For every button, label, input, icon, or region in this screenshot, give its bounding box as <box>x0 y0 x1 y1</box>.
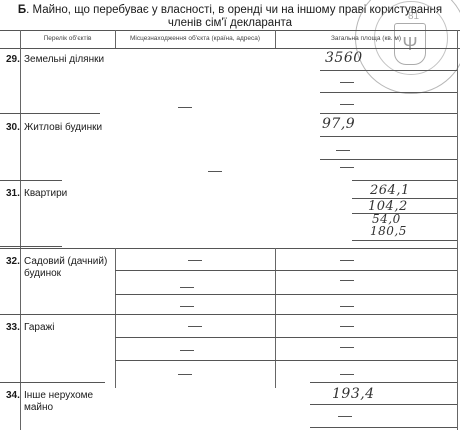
row-29-area-1: 3560 <box>325 50 363 66</box>
row-31-area-4: 180,5 <box>370 224 407 238</box>
area-col-border <box>275 248 276 388</box>
row-31-divider-3 <box>352 240 457 241</box>
row-32-area-3 <box>340 306 354 307</box>
row-33-location-3 <box>178 374 192 375</box>
location-col-border <box>115 248 116 388</box>
row-34-number: 34. <box>6 390 20 401</box>
row-29-divider-1 <box>320 70 457 71</box>
row-30-label: Житлові будинки <box>24 122 109 134</box>
row-31-bottom <box>0 246 62 247</box>
row-30-area-1: 97,9 <box>322 116 355 132</box>
section-title-line2: членів сім'ї декларанта <box>168 17 292 29</box>
row-32-location-3 <box>180 306 194 307</box>
row-34-label: Інше нерухоме майно <box>24 390 109 414</box>
row-29-bottom <box>0 113 100 114</box>
row-33-divider-1 <box>115 337 457 338</box>
row-29-bottom-area <box>320 113 457 114</box>
row-31-label: Квартири <box>24 188 109 200</box>
row-30-bottom-area <box>352 180 457 181</box>
row-32-bottom <box>0 314 457 315</box>
row-33-location-2 <box>180 350 194 351</box>
header-location: Місцезнаходження об'єкта (країна, адреса… <box>115 35 275 42</box>
row-30-area-3 <box>340 167 354 168</box>
row-31-area-1: 264,1 <box>370 183 410 198</box>
row-30-area-2 <box>336 150 350 151</box>
row-29-location-dash <box>178 107 192 108</box>
row-32-location-1 <box>188 260 202 261</box>
row-30-location-dash <box>208 171 222 172</box>
stamp-number: 81 <box>408 11 419 22</box>
row-34-area-1: 193,4 <box>332 386 375 402</box>
header-bottom-border <box>0 48 460 49</box>
section-letter: Б <box>18 4 26 16</box>
row-33-divider-2 <box>115 360 457 361</box>
row-32-top <box>0 248 457 249</box>
row-33-area-2 <box>340 347 354 348</box>
row-30-number: 30. <box>6 122 20 133</box>
official-stamp: 81 Ψ <box>355 0 460 94</box>
row-30-divider-1 <box>320 136 457 137</box>
row-29-label: Земельні ділянки <box>24 54 109 66</box>
row-33-bottom-area <box>310 382 457 383</box>
row-33-area-1 <box>340 326 354 327</box>
row-31-number: 31. <box>6 188 20 199</box>
header-objects: Перелік об'єктів <box>20 35 115 42</box>
row-32-area-2 <box>340 280 354 281</box>
row-32-divider-1 <box>115 270 457 271</box>
row-32-number: 32. <box>6 256 20 267</box>
row-34-divider-2 <box>310 427 457 428</box>
row-32-location-2 <box>180 287 194 288</box>
row-30-bottom <box>0 180 62 181</box>
row-29-divider-2 <box>320 92 457 93</box>
row-29-area-3 <box>340 104 354 105</box>
row-29-number: 29. <box>6 54 20 65</box>
row-34-divider-1 <box>310 404 457 405</box>
row-29-area-2 <box>340 82 354 83</box>
row-33-area-3 <box>340 374 354 375</box>
row-32-label: Садовий (дачний) будинок <box>24 256 109 280</box>
row-30-divider-2 <box>320 159 457 160</box>
row-34-area-2 <box>338 416 352 417</box>
row-32-divider-2 <box>115 294 457 295</box>
header-area: Загальна площа (кв. м) <box>275 35 457 42</box>
right-border <box>457 30 458 430</box>
row-31-divider-2 <box>352 213 457 214</box>
row-32-area-1 <box>340 260 354 261</box>
row-33-location-1 <box>188 326 202 327</box>
num-col-border <box>20 30 21 430</box>
row-33-label: Гаражі <box>24 322 109 334</box>
row-33-bottom <box>0 382 105 383</box>
row-33-number: 33. <box>6 322 20 333</box>
table-top-border <box>0 30 460 31</box>
